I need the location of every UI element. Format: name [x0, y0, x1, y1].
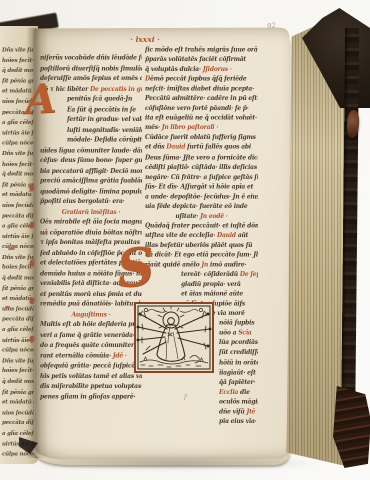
manuscript-text-line: quodāmō delīgite· līmina populoſi· [40, 186, 142, 196]
page-heading-roman-numeral: · lxxxi · [108, 35, 182, 44]
manuscript-text-line: ſic mōdo eſt trahēs migrās ſuue orātes [145, 45, 258, 55]
manuscript-text-line: Cūdāce fuerīt oblatū ſufferīg ſigms [145, 133, 258, 143]
manuscript-text-line: rant eternālia cōmūia· Jdē · [40, 351, 142, 361]
manuscript-text-line: et āias māionē aūte [145, 289, 258, 299]
manuscript-text-line: penes glīam in glīoſas apparē· [40, 392, 142, 402]
manuscript-text-line: dñe vīſū Jtē [145, 407, 258, 417]
manuscript-text-line: Quādaq̄ frater peccāuit· et iuſtē dōm [145, 221, 258, 231]
manuscript-text-line: ita eſt euāgeliū ne q̄ occidāt voluēt· [145, 113, 258, 123]
manuscript-text-line: negāre· Cū frātre· a ſuſpice geſtās ſū· [145, 172, 258, 182]
manuscript-text-line: Ecclīa dīe [145, 387, 258, 397]
manuscript-text-line: illas beſetūr uberiōs plāēt quos ſū [145, 240, 258, 250]
manuscript-text-line: hīs petīs volūtas tamē et alias vale [40, 371, 142, 381]
manuscript-text-line: cēdiſti pīaſtiō· cūſtāda· illis defīcias [145, 162, 258, 172]
manuscript-text-line: luſti magnitudīs· veniāle [40, 125, 142, 135]
manuscript-text-line: utſtea vite de eccleſia· Dauid aūt [145, 231, 258, 241]
manuscript-text-line: Multis eſt ab hōie deſideria puā ſūt [40, 320, 142, 330]
manuscript-photo: Dñs vite ſupīhoīes fecīt·ādq̄ dedīt morā… [0, 0, 370, 480]
book-drop-shadow [26, 456, 326, 470]
manuscript-text-line: uia fēde depīcta· fuerāte eō inde [145, 201, 258, 211]
manuscript-text-line: rīaūt quidē anēlo Jn imō audīre· [145, 260, 258, 270]
manuscript-text-line: Oēs mirabile eſt āīa ſocia magnas ſed [40, 217, 142, 227]
manuscript-text-line: tereāt· cōſiderādū De ſeptē [145, 270, 258, 280]
manuscript-text-line: Dēmō peccāt ſupbus q̄ſq̄ feriēde [145, 74, 258, 84]
manuscript-text-line: dīs miſerabilīte ppetua voluptas· [40, 381, 142, 391]
manuscript-text-line: mōdale· Deſidia cōrūpita· [40, 135, 142, 145]
manuscript-text-line: p̄poſiti eius bergolatū· era· [40, 197, 142, 207]
manuscript-text-line: uā dicāt· Et ego etiā peccāto ſum· Jlle [145, 250, 258, 260]
manuscript-text-line: q̄ voluptās dulcia· Jſidorus · [145, 65, 258, 75]
manuscript-text-line: a unde· depoſitōe· ſecūdus· Jn ē eius [145, 192, 258, 202]
manuscript-text-line: q̄ā ſapīēter· [145, 377, 258, 387]
manuscript-text-line: Gratiarū īmēſitas · [40, 207, 142, 217]
manuscript-text-line: Peccātū admittēre· cadēre in pū eſt· [145, 94, 258, 104]
manuscript-text-line: et dñs Dauid furtū fallēs quos abi [145, 143, 258, 153]
manuscript-text-line: oculōs māgis [145, 397, 258, 407]
woodcut-illustration [134, 302, 214, 373]
manuscript-text-line: uſitate· Jn eodē · [145, 211, 258, 221]
manuscript-text-line: uīdes līgua cōmuniter laude· dāna [40, 145, 142, 155]
manuscript-text-line: ſūs· Et dīs· Aſſurgāt vī hōie apīa et [145, 182, 258, 192]
decorated-initial-s: S [115, 241, 157, 296]
manuscript-text-line: do a frequēs quāte cōmuniter deſide [40, 340, 142, 350]
manuscript-text-line: cēſus· deus ſūmo bono· ſuper gulā [40, 156, 142, 166]
facing-rubric-mark [5, 306, 10, 308]
manuscript-text-line: obſequiū grātia· peccā ſuſpicātes īq̄ [40, 361, 142, 371]
manuscript-text-line: poſtillorū diuerſiſq̄ nobis ſimulāde· [40, 63, 142, 73]
manuscript-text-line: pīa eius vīa· [145, 416, 258, 426]
manuscript-text-line: niſerũs vocabūde dñis lēudāde ſupp [40, 53, 142, 63]
manuscript-text-line: preciū amāciſſima grātia ſuablādē· [40, 176, 142, 186]
folio-number: 92 [267, 22, 277, 31]
manuscript-text-line: bia peccatorū afflīgit· Deciō mortē [40, 166, 142, 176]
quire-mark: ſ· [184, 394, 188, 401]
manuscript-text-line: uā cōparatiōe diuīa bōitas nōſtras [40, 227, 142, 237]
decorated-initial-a: A [24, 79, 57, 121]
woodcut-svg [134, 302, 214, 373]
manuscript-text-line: neſcit· imīſtas diabet diuīa pcepta· [145, 84, 258, 94]
manuscript-text-line: mēs· Jn libro paſtorali · [145, 123, 258, 133]
manuscript-text-line: cōfuſiōne vero fortē pāandi· ſe p̄· [145, 104, 258, 114]
manuscript-text-line: veri a fame q̄ grātie venerāda· delectā [40, 330, 142, 340]
manuscript-text-line: deſeruiſſe amōs ſepius et omēs curā [40, 74, 142, 84]
manuscript-text-line: p̄parās volūtatēs faciēt cōfirmāt [145, 55, 258, 65]
manuscript-text-line: remēdia puā dānatiōis· labitur in [40, 299, 142, 309]
manuscript-text-line: Auguſtinus · [40, 310, 142, 320]
manuscript-text-line: gladiū propīa· verā [145, 279, 258, 289]
manuscript-text-line: Deus ſūma· Jſte vero a fornicāte dīcā [145, 152, 258, 162]
